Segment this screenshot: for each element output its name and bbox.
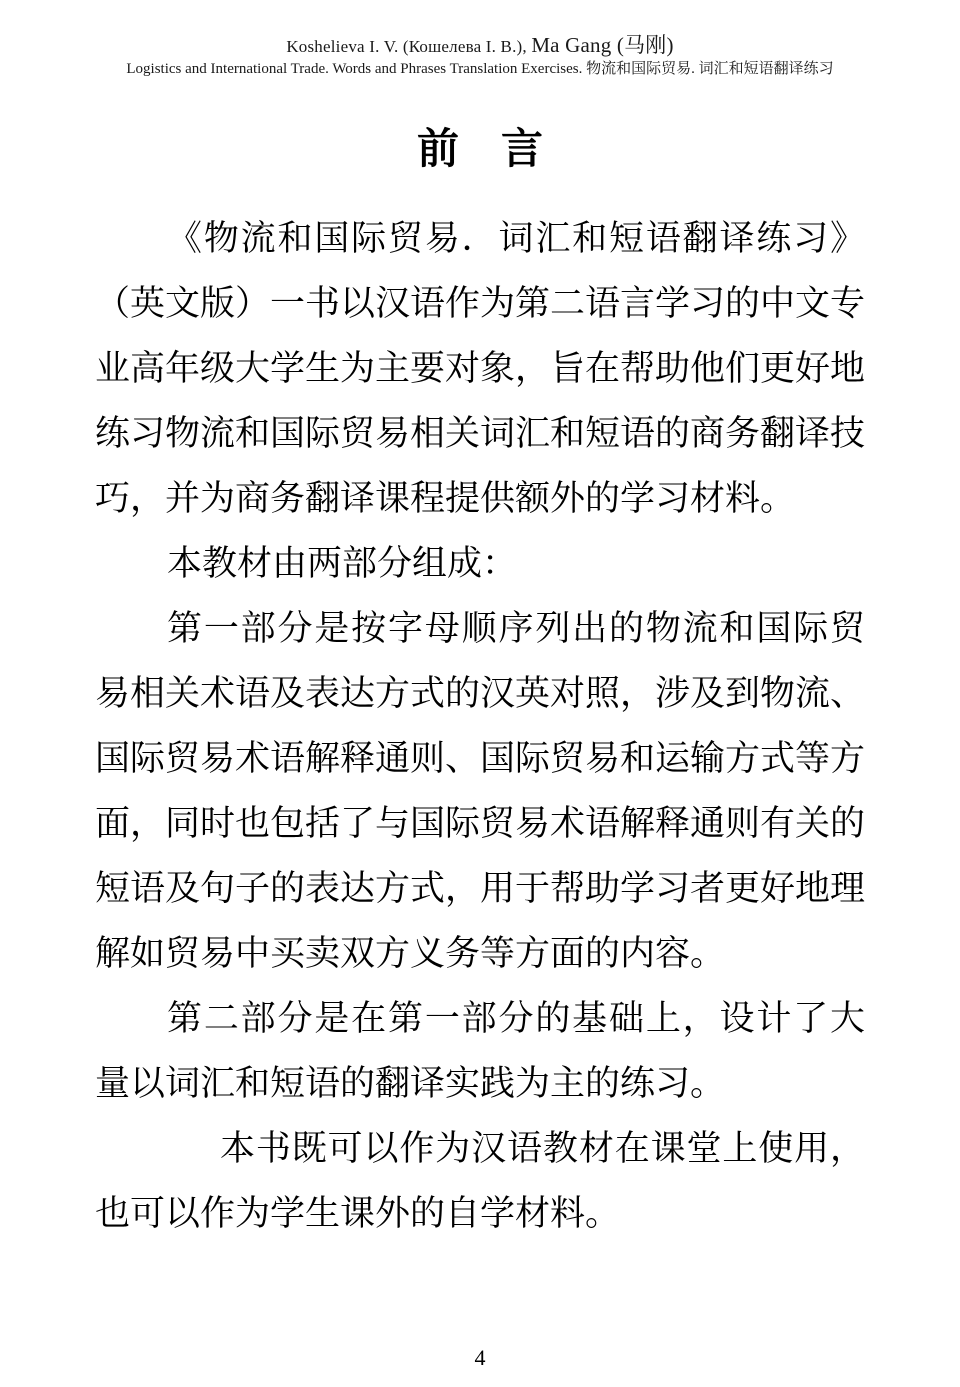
paragraph-part-two: 第二部分是在第一部分的基础上，设计了大量以词汇和短语的翻译实践为主的练习。 (95, 986, 865, 1116)
paragraph-usage: 本书既可以作为汉语教材在课堂上使用，也可以作为学生课外的自学材料。 (95, 1116, 865, 1246)
paragraph-part-one: 第一部分是按字母顺序列出的物流和国际贸易相关术语及表达方式的汉英对照，涉及到物流… (95, 596, 865, 986)
author-secondary: Ma Gang (马刚) (531, 33, 673, 57)
book-title-line: Logistics and International Trade. Words… (0, 59, 960, 79)
page-number: 4 (0, 1345, 960, 1371)
paragraph-structure: 本教材由两部分组成： (95, 531, 865, 596)
body-text: 《物流和国际贸易．词汇和短语翻译练习》（英文版）一书以汉语作为第二语言学习的中文… (95, 206, 865, 1246)
document-page: Koshelieva I. V. (Кошелева I. B.), Ma Ga… (0, 0, 960, 1387)
authors-line: Koshelieva I. V. (Кошелева I. B.), Ma Ga… (0, 34, 960, 58)
page-title: 前 言 (0, 126, 960, 174)
page-header: Koshelieva I. V. (Кошелева I. B.), Ma Ga… (0, 0, 960, 79)
paragraph-intro: 《物流和国际贸易．词汇和短语翻译练习》（英文版）一书以汉语作为第二语言学习的中文… (95, 206, 865, 531)
author-primary: Koshelieva I. V. (Кошелева I. B.), (286, 37, 527, 56)
